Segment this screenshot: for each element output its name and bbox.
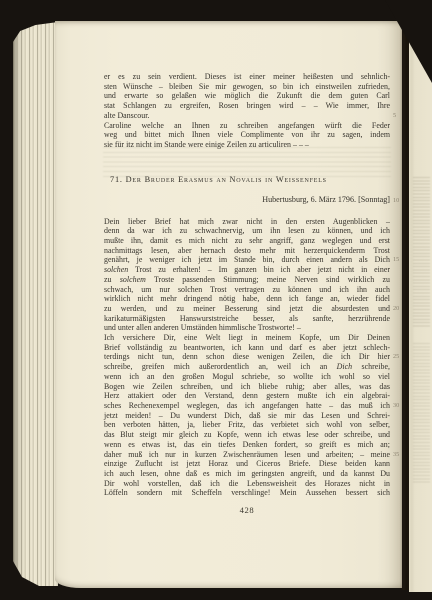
text-line: Bogen wie Zeilen schreiben, und ich blie… — [104, 382, 390, 392]
text-line: ich auch lesen, ohne daß es mich im geri… — [104, 469, 390, 479]
text-line: und unter allen anderen Umständen himmli… — [104, 323, 390, 333]
text-line: wirklich nicht mehr dringend nötig habe,… — [104, 294, 390, 304]
text-line: jetzt meiden! – Du wunderst Dich, daß si… — [104, 411, 390, 421]
text-line: zu solchem Troste passenden Stimmung; me… — [104, 275, 390, 285]
text-line: schwach, um nur solchen Trost vertragen … — [104, 285, 390, 295]
text-line: Ich versichere Dir, eine Welt liegt in m… — [104, 333, 390, 343]
text-line: mußte ihn, damit es mich nicht zu sehr a… — [104, 236, 390, 246]
dateline-text: Hubertusburg, 6. März 1796. [Sonntag] — [262, 195, 390, 204]
text-line: karikaturmäßigsten Hanswurststreiche bes… — [104, 314, 390, 324]
facing-page-bleed-text — [413, 343, 430, 483]
text-line: alte Danscour.5 — [104, 111, 390, 121]
text-line: er es zu sein verdient. Dieses ist einer… — [104, 72, 390, 82]
text-line: sches Rechenexempel weglegen, das ich an… — [104, 401, 390, 411]
text-line: wenn ich an den großen Mogul schriebe, s… — [104, 372, 390, 382]
book-page: er es zu sein verdient. Dieses ist einer… — [55, 21, 402, 588]
text-line: daher muß ich nur in kurzen Zwischenräum… — [104, 450, 390, 460]
text-line: Herz attakiert oder den Verstand, denn g… — [104, 391, 390, 401]
text-line: und erwarte so gelaßen wie möglich die Z… — [104, 91, 390, 101]
text-line: denn da war ich zu schwachnervig, um ihn… — [104, 226, 390, 236]
text-line: ben verboten hätten, ja, lieber Fritz, d… — [104, 420, 390, 430]
paragraph-letter-body-first: Dein lieber Brief hat mich zwar nicht in… — [104, 217, 390, 333]
paragraph-letter-body-second: Ich versichere Dir, eine Welt liegt in m… — [104, 333, 390, 498]
facing-page-edge — [409, 25, 432, 592]
text-line: Brief vollständig zu beantworten, ich ka… — [104, 343, 390, 353]
page-edge-stack — [13, 22, 58, 586]
letter-heading: 71. Der Bruder Erasmus an Novalis in Wei… — [104, 175, 390, 185]
text-line: solchen Trost zu erhalten! – Im ganzen b… — [104, 265, 390, 275]
text-line: zu werden, und zu meiner Besserung sind … — [104, 304, 390, 314]
text-block: er es zu sein verdient. Dieses ist einer… — [104, 72, 390, 515]
text-line: sten Wünsche – bleiben Sie mir gewogen, … — [104, 82, 390, 92]
book-photo: er es zu sein verdient. Dieses ist einer… — [0, 0, 432, 600]
page-number: 428 — [104, 505, 390, 515]
letter-dateline: Hubertusburg, 6. März 1796. [Sonntag] 10 — [104, 195, 390, 205]
text-line: schreibe, greifen mich außerordentlich a… — [104, 362, 390, 372]
text-line: sie für itz nicht im Stande were einige … — [104, 140, 390, 150]
text-line: genährt, je weniger ich jetzt im Stande … — [104, 255, 390, 265]
text-line: Caroline welche an Ihnen zu schreiben an… — [104, 121, 390, 131]
paragraph-previous-letter-closing: er es zu sein verdient. Dieses ist einer… — [104, 72, 390, 150]
text-line: wenn es etwas ist, das ein tiefes Denken… — [104, 440, 390, 450]
text-line: nachmittags lesen, aber hernach desto me… — [104, 246, 390, 256]
text-line: das Blut steigt mir gleich zu Kopfe, wen… — [104, 430, 390, 440]
facing-page-bleed-text — [413, 177, 430, 327]
text-line: stat Schlangen zu ergreifen, Rosen bring… — [104, 101, 390, 111]
text-line: Dein lieber Brief hat mich zwar nicht in… — [104, 217, 390, 227]
text-line: Dir wohl vorstellen, daß ich die Lebensw… — [104, 479, 390, 489]
text-line: Löffeln sondern mit Scheffeln verschling… — [104, 488, 390, 498]
text-line: weg und bittet mich Ihnen viele Complime… — [104, 130, 390, 140]
text-line: einzige Zuflucht ist jetzt Horaz und Cic… — [104, 459, 390, 469]
text-line: terdings nicht tun, denn schon diese wen… — [104, 352, 390, 362]
